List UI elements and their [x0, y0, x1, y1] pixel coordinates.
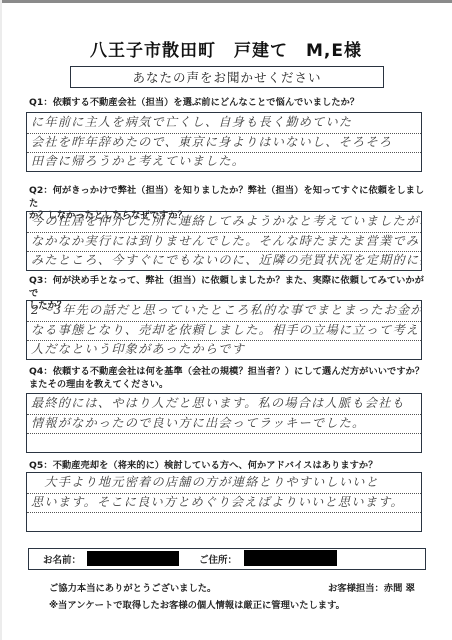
question-label-line: またその理由を教えてください。 — [29, 379, 427, 392]
question-label-line: Q1：依頼する不動産会社（担当）を選ぶ前にどんなことで悩んでいましたか？ — [29, 97, 427, 110]
question-label-line: Q3：何が決め手となって、弊社（担当）に依頼しましたか？また、実際に依頼してみて… — [29, 275, 427, 300]
name-label: お名前： — [43, 552, 81, 566]
privacy-notice: ※当アンケートで取得したお客様の個人情報は厳正に管理いたします。 — [49, 597, 345, 611]
thanks-text: ご協力本当にありがとうございました。 — [49, 580, 216, 594]
answer-line: 情報がなかったので良い方に出会ってラッキーでした。 — [27, 414, 421, 435]
answer-box-q4: 最終的には、やはり人だと思います。私の場合は人脈も会社も 情報がなかったので良い… — [26, 393, 422, 453]
question-5-label: Q5：不動産売却を（将来的に）検討している方へ、何かアドバイスはありますか？ — [29, 460, 427, 473]
answer-line: なかなか実行には到りませんでした。そんな時たまたま営業でみえた方に話して — [27, 232, 421, 253]
scan-left-edge — [0, 0, 2, 640]
subtitle-box: あなたの声をお聞かせください — [70, 66, 384, 88]
answer-line: に年前に主人を病気で亡くし、自身も長く勤めていた — [27, 113, 421, 134]
answer-line: 最終的には、やはり人だと思います。私の場合は人脈も会社も — [27, 394, 421, 415]
customer-info-box: お名前： ご住所： — [28, 548, 426, 570]
scan-top-edge — [0, 0, 452, 3]
address-label: ご住所： — [199, 552, 237, 566]
answer-line — [27, 512, 421, 532]
name-redaction — [87, 551, 179, 566]
answer-box-q1: に年前に主人を病気で亡くし、自身も長く勤めていた 会社を昨年辞めたので、東京に身… — [26, 112, 422, 172]
question-label-line: Q2：何がきっかけで弊社（担当）を知りましたか？弊社（担当）を知ってすぐに依頼を… — [29, 185, 427, 210]
answer-line: 田舎に帰ろうかと考えていました。 — [27, 152, 421, 172]
answer-line: 人だなという印象があったからです — [27, 340, 421, 360]
answer-line: みたところ、今すぐにでもないのに、近隣の売買状況を定期的に持ってきてくれました。 — [27, 251, 421, 271]
answer-line: 会社を昨年辞めたので、東京に身よりはいないし、そろそろ — [27, 133, 421, 154]
answer-box-q5: 大手より地元密着の店舗の方が連絡とりやすいしいいと 思います。そこに良い方とめぐ… — [26, 472, 422, 532]
question-label-line: Q5：不動産売却を（将来的に）検討している方へ、何かアドバイスはありますか？ — [29, 460, 427, 473]
staff-text: お客様担当：赤間 翠 — [328, 580, 415, 594]
subtitle: あなたの声をお聞かせください — [132, 68, 321, 86]
page-title: 八王子市散田町 戸建て M,E様 — [0, 36, 452, 61]
question-1-label: Q1：依頼する不動産会社（担当）を選ぶ前にどんなことで悩んでいましたか？ — [29, 97, 427, 110]
question-4-label: Q4：依頼する不動産会社は何を基準（会社の規模？担当者？）にして選んだ方がいいで… — [29, 366, 427, 391]
answer-line: なる事態となり、売却を依頼しました。相手の立場に立って考えてくれる — [27, 321, 421, 342]
answer-line: 思います。そこに良い方とめぐり会えばよりいいと思います。 — [27, 493, 421, 514]
answer-line: 2～3年先の話だと思っていたところ私的な事でまとまったお金が必要と — [27, 301, 421, 322]
answer-box-q2: 今の住居を仲介した所に連絡してみようかなと考えていましたが、 なかなか実行には到… — [26, 211, 422, 271]
question-label-line: Q4：依頼する不動産会社は何を基準（会社の規模？担当者？）にして選んだ方がいいで… — [29, 366, 427, 379]
answer-box-q3: 2～3年先の話だと思っていたところ私的な事でまとまったお金が必要と なる事態とな… — [26, 300, 422, 360]
answer-line — [27, 433, 421, 453]
answer-line: 大手より地元密着の店舗の方が連絡とりやすいしいいと — [27, 473, 421, 494]
answer-line: 今の住居を仲介した所に連絡してみようかなと考えていましたが、 — [27, 212, 421, 233]
address-redaction — [244, 550, 337, 566]
